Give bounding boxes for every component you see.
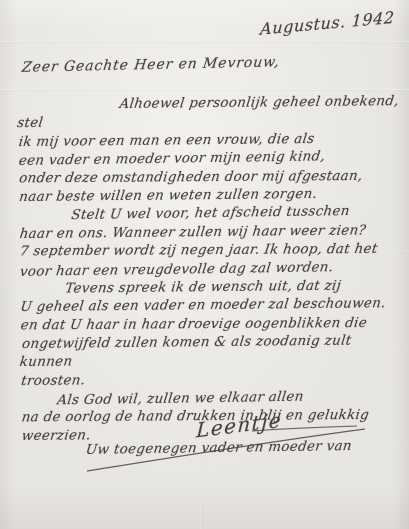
crease-line-horizontal — [0, 41, 409, 43]
letter-body: Alhoewel persoonlijk geheel onbekend, st… — [18, 93, 405, 460]
body-line: Alhoewel persoonlijk geheel onbekend, st… — [16, 93, 404, 134]
body-line: ongetwijfeld zullen komen & als zoodanig… — [18, 332, 406, 373]
crease-line-horizontal — [0, 89, 409, 91]
letter-page: Augustus. 1942 Zeer Geachte Heer en Mevr… — [0, 0, 409, 529]
date-line: Augustus. 1942 — [260, 6, 409, 38]
salutation: Zeer Geachte Heer en Mevrouw, — [21, 54, 281, 75]
